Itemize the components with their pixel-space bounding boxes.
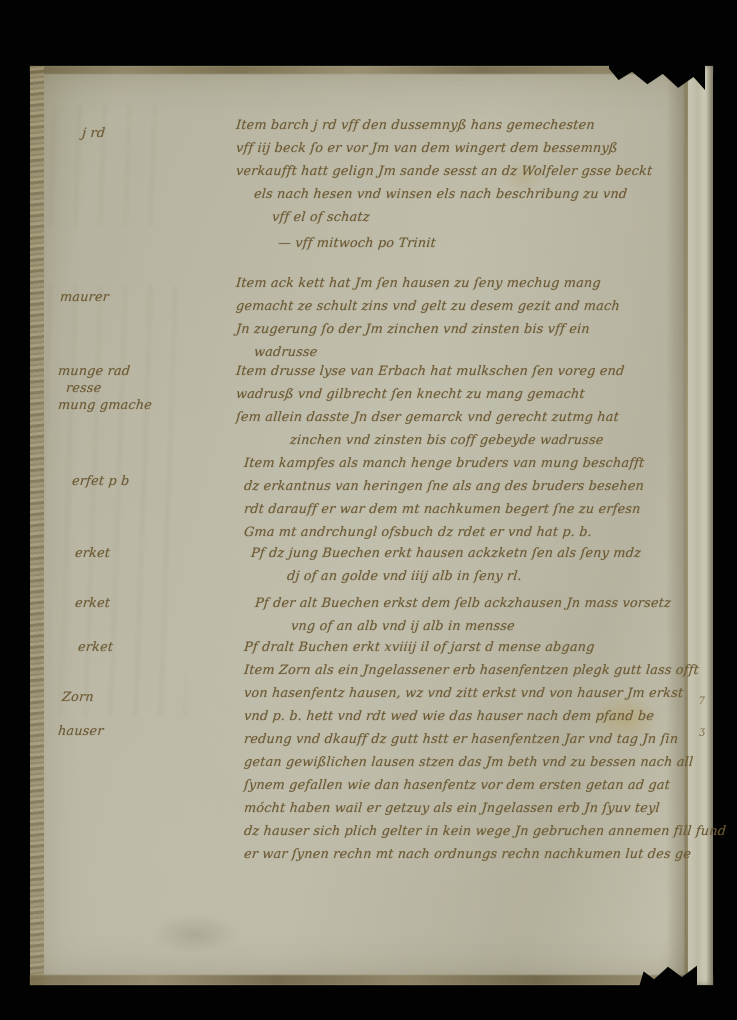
manuscript-entry: Pf der alt Buechen erkst dem ſelb ackzha…	[254, 592, 670, 638]
manuscript-page: j rd Item barch j rd vff den dussemnyß h…	[30, 66, 713, 985]
manuscript-line: Item drusse lyse van Erbach hat mulksche…	[235, 360, 625, 383]
manuscript-line: vnd p. b. hett vnd rdt wed wie das hause…	[243, 705, 727, 728]
manuscript-line: verkaufft hatt gelign Jm sande sesst an …	[235, 160, 653, 183]
manuscript-entry: Item drusse lyse van Erbach hat mulksche…	[235, 360, 623, 452]
manuscript-line: Gma mt andrchungl ofsbuch dz rdet er vnd…	[243, 521, 645, 544]
manuscript-line: Pf dralt Buchen erkt xviiij il of jarst …	[243, 636, 727, 659]
margin-note: erket	[74, 546, 110, 561]
manuscript-line: vng of an alb vnd ij alb in mensse	[290, 615, 672, 638]
manuscript-entry: Item ack kett hat Jm ſen hausen zu ſeny …	[235, 272, 619, 364]
margin-note: resse	[65, 381, 102, 396]
manuscript-line: vff el of schatz	[271, 206, 653, 229]
manuscript-line: Item kampfes als manch henge bruders van…	[243, 452, 645, 475]
manuscript-line: gemacht ze schult zins vnd gelt zu desem…	[235, 295, 621, 318]
manuscript-line: Pf der alt Buechen erkst dem ſelb ackzha…	[254, 592, 672, 615]
ink-show-through	[40, 106, 160, 226]
manuscript-line: Jn zugerung ſo der Jm zinchen vnd zinste…	[235, 318, 621, 341]
margin-note: Zorn	[61, 690, 94, 705]
manuscript-line: vff iij beck ſo er vor Jm van dem winger…	[235, 137, 653, 160]
page-bottom-edge	[30, 975, 713, 985]
manuscript-line: dz erkantnus van heringen ſne als ang de…	[243, 475, 645, 498]
manuscript-line: getan gewißlichen lausen stzen das Jm be…	[243, 751, 727, 774]
manuscript-line: Item barch j rd vff den dussemnyß hans g…	[235, 114, 653, 137]
page-gutter-edge	[30, 66, 44, 985]
manuscript-line: von hasenfentz hausen, wz vnd zitt erkst…	[243, 682, 727, 705]
margin-note: erket	[74, 596, 110, 611]
manuscript-line: dj of an golde vnd iiij alb in ſeny rl.	[286, 565, 642, 588]
margin-note: mung gmache	[57, 398, 152, 413]
manuscript-line: Pf dz jung Buechen erkt hausen ackzketn …	[250, 542, 642, 565]
manuscript-line: ſynem gefallen wie dan hasenfentz vor de…	[243, 774, 727, 797]
photograph-background: j rd Item barch j rd vff den dussemnyß h…	[0, 0, 737, 1020]
date-heading: — vff mitwoch po Trinit	[277, 236, 436, 251]
fore-edge-mark: 7	[699, 696, 705, 707]
manuscript-line: els nach hesen vnd winsen els nach besch…	[253, 183, 653, 206]
manuscript-line: ſem allein dasste Jn dser gemarck vnd ge…	[235, 406, 625, 429]
margin-note: j rd	[81, 126, 105, 141]
manuscript-line: mócht haben wail er getzuy als ein Jngel…	[243, 797, 727, 820]
margin-note: erket	[77, 640, 113, 655]
manuscript-line: rdt darauff er war dem mt nachkumen bege…	[243, 498, 645, 521]
manuscript-line: Item Zorn als ein Jngelassener erb hasen…	[243, 659, 727, 682]
fore-edge-mark: ʒ	[699, 726, 705, 737]
manuscript-line: wadrusß vnd gilbrecht ſen knecht zu mang…	[235, 383, 625, 406]
margin-note: munge rad	[57, 364, 131, 379]
manuscript-line: zinchen vnd zinsten bis coff gebeyde wad…	[289, 429, 625, 452]
manuscript-line: er war ſynen rechn mt nach ordnungs rech…	[243, 843, 727, 866]
manuscript-entry: Pf dralt Buchen erkt xviiij il of jarst …	[243, 636, 725, 866]
manuscript-line: dz hauser sich plich gelter in kein wege…	[243, 820, 727, 843]
margin-note: maurer	[59, 290, 109, 305]
manuscript-line: Item ack kett hat Jm ſen hausen zu ſeny …	[235, 272, 621, 295]
manuscript-entry: Pf dz jung Buechen erkt hausen ackzketn …	[250, 542, 640, 588]
manuscript-entry: Item kampfes als manch henge bruders van…	[243, 452, 643, 544]
manuscript-entry: Item barch j rd vff den dussemnyß hans g…	[235, 114, 651, 229]
margin-note: erfet p b	[71, 474, 130, 489]
margin-note: hauser	[57, 724, 104, 739]
paper-stain	[150, 914, 240, 954]
manuscript-line: redung vnd dkauff dz gutt hstt er hasenf…	[243, 728, 727, 751]
